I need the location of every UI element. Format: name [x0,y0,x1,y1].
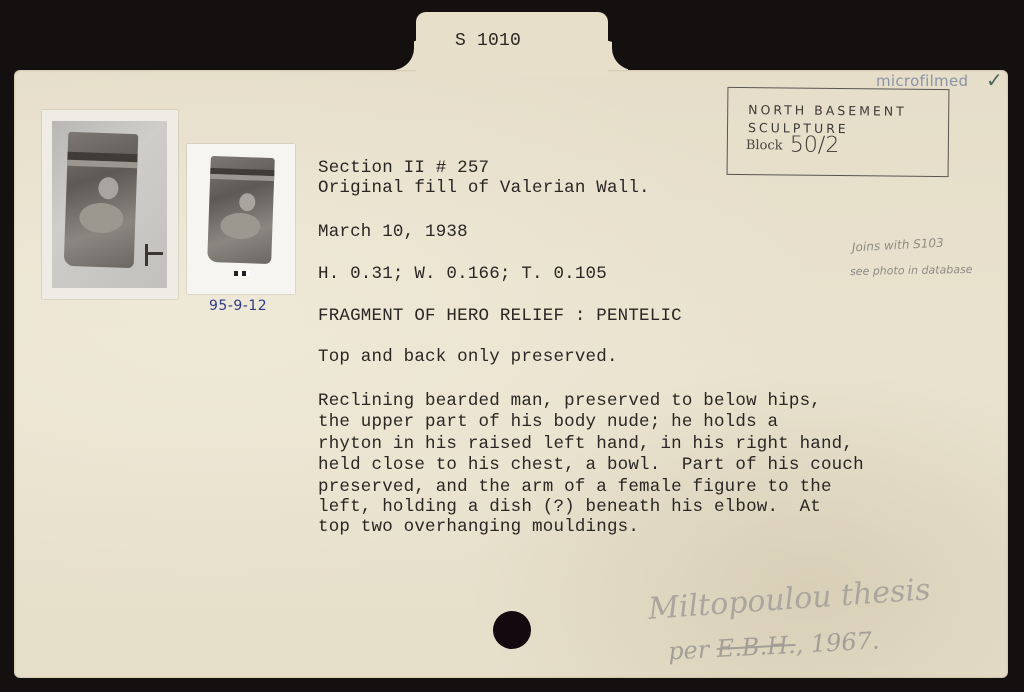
stamp-line-location: NORTH BASEMENT [748,102,907,119]
stamp-block-value: 50/2 [790,132,840,158]
scale-marker [145,244,148,266]
molding [210,174,274,181]
figure-head [239,193,256,212]
catalog-number: S 1010 [455,31,521,51]
dimensions: H. 0.31; W. 0.166; T. 0.105 [318,264,607,284]
find-context: Original fill of Valerian Wall. [318,178,650,198]
note-year: , 1967. [795,626,880,658]
find-date: March 10, 1938 [318,222,468,242]
object-title: FRAGMENT OF HERO RELIEF : PENTELIC [318,306,682,326]
description-line: Reclining bearded man, preserved to belo… [318,391,821,411]
figure-head [98,177,119,200]
scale-bar [234,271,250,276]
description-line: rhyton in his raised left hand, in his r… [318,434,853,454]
molding [67,160,137,168]
description-line: the upper part of his body nude; he hold… [318,412,778,432]
photo-caption: 95-9-12 [209,298,267,314]
figure-body [220,212,261,239]
figure-body [79,202,124,234]
description-line: left, holding a dish (?) beneath his elb… [318,497,821,517]
photo-image [52,121,167,288]
photo-large [42,110,178,299]
note-photo-database: see photo in database [850,263,973,278]
description-line: held close to his chest, a bowl. Part of… [318,455,864,475]
index-card-scan: S 1010 microfilmed ✓ NORTH BASEMENT SCUL… [0,0,1024,692]
relief-fragment [64,132,139,268]
stamp-block-label: Block [746,138,783,153]
description-line: preserved, and the arm of a female figur… [318,477,832,497]
section-number: Section II # 257 [318,158,489,178]
relief-fragment [207,156,275,264]
preservation-note: Top and back only preserved. [318,347,618,367]
location-stamp: NORTH BASEMENT SCULPTURE Block 50/2 [727,87,950,177]
microfilmed-stamp: microfilmed [876,72,968,90]
description-line: top two overhanging mouldings. [318,517,639,537]
note-struck-initials: E.B.H. [716,631,796,663]
note-per: per [667,635,709,665]
punch-hole [493,611,531,649]
checkmark-icon: ✓ [986,68,1003,92]
photo-small [187,144,295,294]
